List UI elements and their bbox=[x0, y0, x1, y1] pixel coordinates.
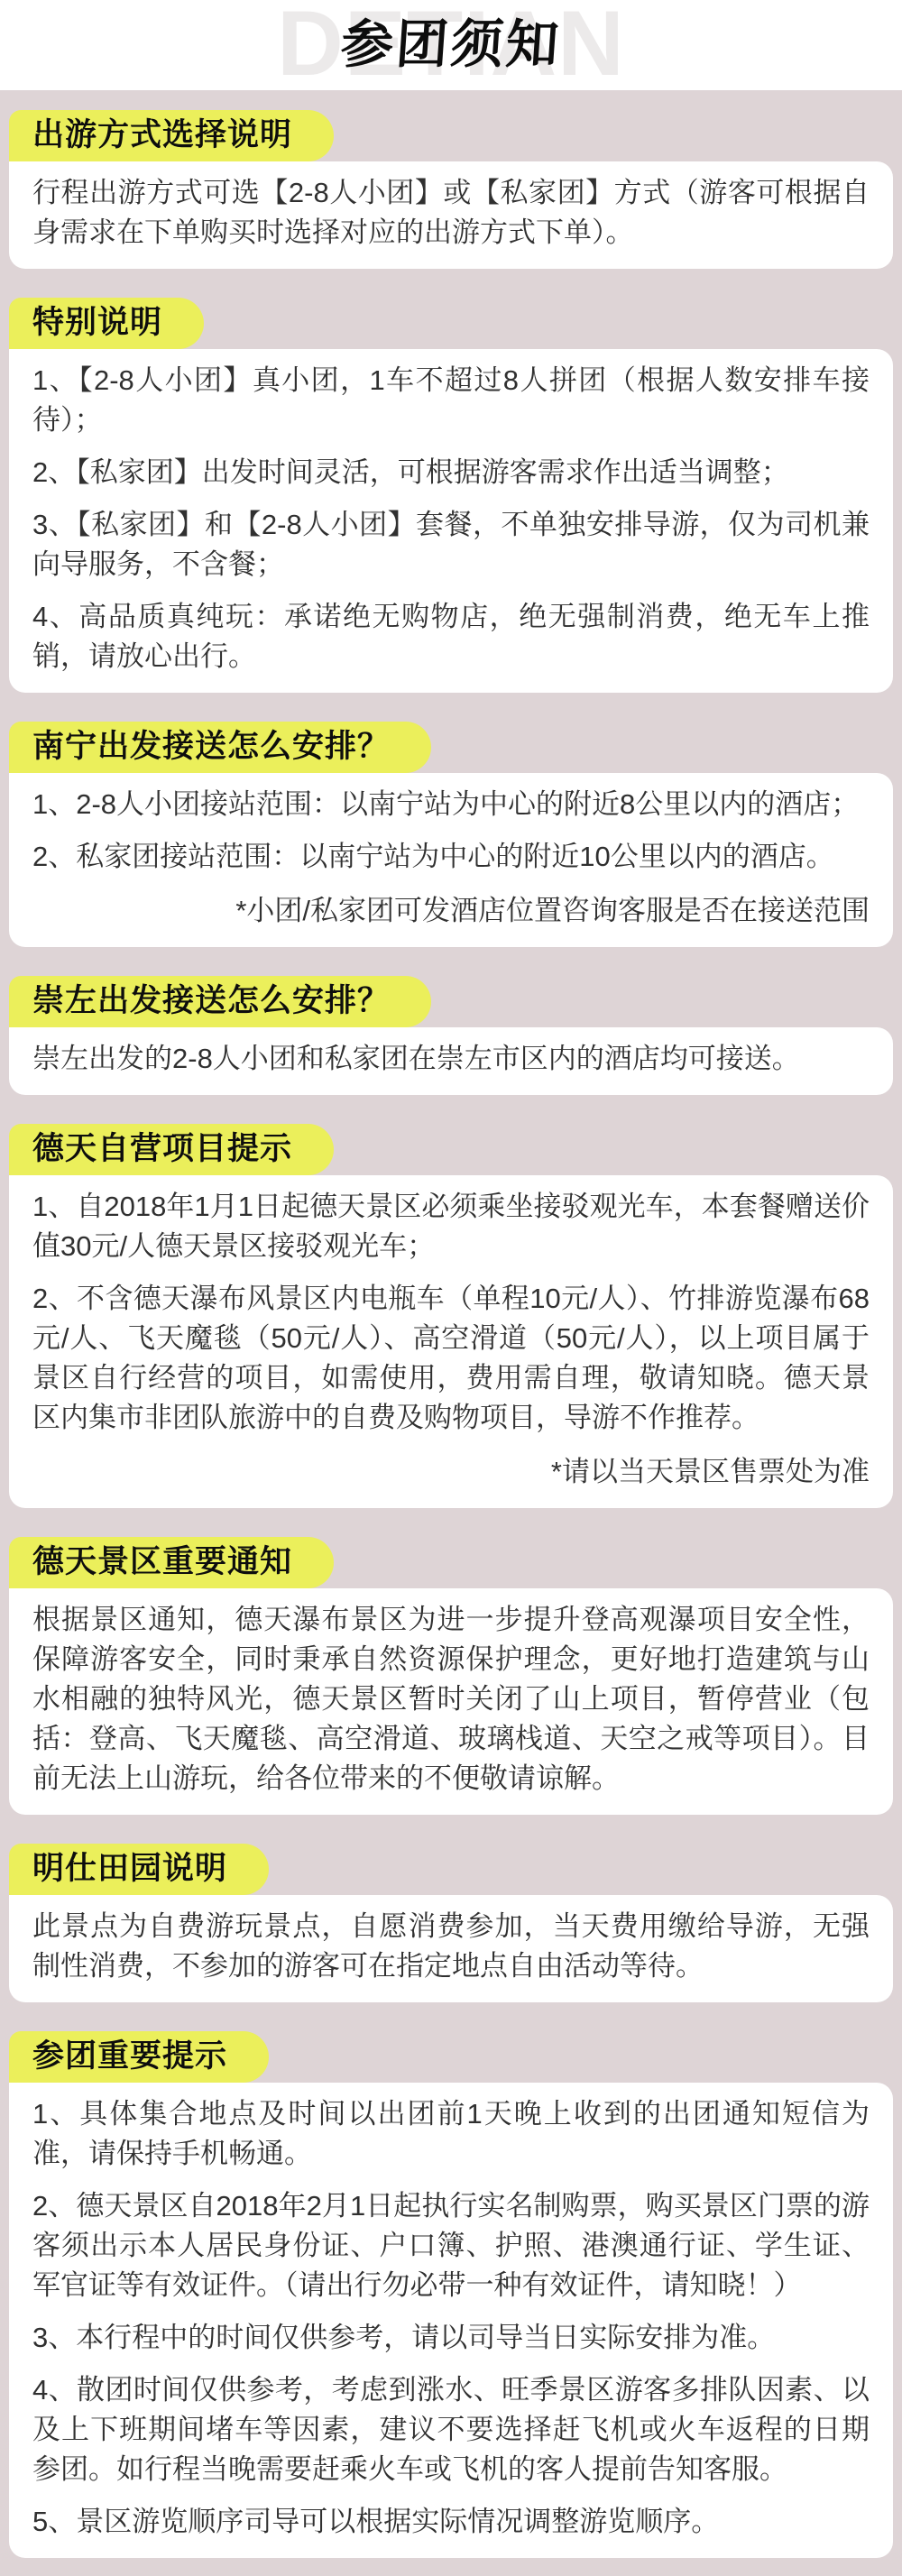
section-header-chip: 参团重要提示 bbox=[9, 2031, 269, 2083]
section-header-chip: 南宁出发接送怎么安排？ bbox=[9, 722, 431, 773]
section-card: 1、自2018年1月1日起德天景区必须乘坐接驳观光车，本套餐赠送价值30元/人德… bbox=[9, 1175, 893, 1508]
right-aligned-note: *小团/私家团可发酒店位置咨询客服是否在接送范围 bbox=[32, 891, 870, 931]
section-detian-self-operated-tips: 德天自营项目提示 1、自2018年1月1日起德天景区必须乘坐接驳观光车，本套餐赠… bbox=[9, 1124, 893, 1508]
tour-notice-page: DETIAN 参团须知 出游方式选择说明 行程出游方式可选【2-8人小团】或【私… bbox=[0, 0, 902, 2576]
paragraph: 根据景区通知，德天瀑布景区为进一步提升登高观瀑项目安全性，保障游客安全，同时秉承… bbox=[32, 1600, 870, 1799]
section-detian-important-notice: 德天景区重要通知 根据景区通知，德天瀑布景区为进一步提升登高观瀑项目安全性，保障… bbox=[9, 1537, 893, 1815]
section-header-chip: 特别说明 bbox=[9, 298, 204, 349]
section-card: 根据景区通知，德天瀑布景区为进一步提升登高观瀑项目安全性，保障游客安全，同时秉承… bbox=[9, 1588, 893, 1815]
paragraph: 2、德天景区自2018年2月1日起执行实名制购票，购买景区门票的游客须出示本人居… bbox=[32, 2186, 870, 2305]
paragraph: 此景点为自费游玩景点，自愿消费参加，当天费用缴给导游，无强制性消费，不参加的游客… bbox=[32, 1907, 870, 1986]
notice-sections: 出游方式选择说明 行程出游方式可选【2-8人小团】或【私家团】方式（游客可根据自… bbox=[0, 90, 902, 2576]
section-card: 崇左出发的2-8人小团和私家团在崇左市区内的酒店均可接送。 bbox=[9, 1027, 893, 1095]
section-header-chip: 出游方式选择说明 bbox=[9, 110, 334, 161]
page-title: 参团须知 bbox=[0, 0, 902, 90]
section-card: 1、2-8人小团接站范围：以南宁站为中心的附近8公里以内的酒店； 2、私家团接站… bbox=[9, 773, 893, 947]
section-header-chip: 德天景区重要通知 bbox=[9, 1537, 334, 1588]
paragraph: 1、2-8人小团接站范围：以南宁站为中心的附近8公里以内的酒店； bbox=[32, 785, 870, 824]
page-header: DETIAN 参团须知 bbox=[0, 0, 902, 90]
section-header-chip: 崇左出发接送怎么安排？ bbox=[9, 976, 431, 1027]
paragraph: 2、不含德天瀑布风景区内电瓶车（单程10元/人）、竹排游览瀑布68元/人、飞天魔… bbox=[32, 1279, 870, 1438]
paragraph: 5、景区游览顺序司导可以根据实际情况调整游览顺序。 bbox=[32, 2502, 870, 2542]
paragraph: 1、具体集合地点及时间以出团前1天晚上收到的出团通知短信为准，请保持手机畅通。 bbox=[32, 2094, 870, 2174]
paragraph: 3、本行程中的时间仅供参考，请以司导当日实际安排为准。 bbox=[32, 2318, 870, 2358]
right-aligned-note: *请以当天景区售票处为准 bbox=[32, 1452, 870, 1492]
section-header-chip: 德天自营项目提示 bbox=[9, 1124, 334, 1175]
paragraph: 2、私家团接站范围：以南宁站为中心的附近10公里以内的酒店。 bbox=[32, 837, 870, 877]
section-special-notes: 特别说明 1、【2-8人小团】真小团，1车不超过8人拼团（根据人数安排车接待）；… bbox=[9, 298, 893, 693]
section-travel-mode-choice: 出游方式选择说明 行程出游方式可选【2-8人小团】或【私家团】方式（游客可根据自… bbox=[9, 110, 893, 269]
section-nanning-pickup: 南宁出发接送怎么安排？ 1、2-8人小团接站范围：以南宁站为中心的附近8公里以内… bbox=[9, 722, 893, 947]
section-group-tour-important-tips: 参团重要提示 1、具体集合地点及时间以出团前1天晚上收到的出团通知短信为准，请保… bbox=[9, 2031, 893, 2558]
paragraph: 4、高品质真纯玩：承诺绝无购物店，绝无强制消费，绝无车上推销，请放心出行。 bbox=[32, 597, 870, 676]
section-chongzuo-pickup: 崇左出发接送怎么安排？ 崇左出发的2-8人小团和私家团在崇左市区内的酒店均可接送… bbox=[9, 976, 893, 1095]
section-mingshi-countryside-note: 明仕田园说明 此景点为自费游玩景点，自愿消费参加，当天费用缴给导游，无强制性消费… bbox=[9, 1844, 893, 2002]
paragraph: 崇左出发的2-8人小团和私家团在崇左市区内的酒店均可接送。 bbox=[32, 1039, 870, 1079]
section-card: 1、【2-8人小团】真小团，1车不超过8人拼团（根据人数安排车接待）； 2、【私… bbox=[9, 349, 893, 693]
paragraph: 4、散团时间仅供参考，考虑到涨水、旺季景区游客多排队因素、以及上下班期间堵车等因… bbox=[32, 2370, 870, 2489]
section-card: 1、具体集合地点及时间以出团前1天晚上收到的出团通知短信为准，请保持手机畅通。 … bbox=[9, 2083, 893, 2558]
paragraph: 行程出游方式可选【2-8人小团】或【私家团】方式（游客可根据自身需求在下单购买时… bbox=[32, 173, 870, 253]
section-card: 此景点为自费游玩景点，自愿消费参加，当天费用缴给导游，无强制性消费，不参加的游客… bbox=[9, 1895, 893, 2002]
paragraph: 1、自2018年1月1日起德天景区必须乘坐接驳观光车，本套餐赠送价值30元/人德… bbox=[32, 1187, 870, 1266]
section-header-chip: 明仕田园说明 bbox=[9, 1844, 269, 1895]
paragraph: 2、【私家团】出发时间灵活，可根据游客需求作出适当调整； bbox=[32, 453, 870, 492]
section-card: 行程出游方式可选【2-8人小团】或【私家团】方式（游客可根据自身需求在下单购买时… bbox=[9, 161, 893, 269]
paragraph: 3、【私家团】和【2-8人小团】套餐，不单独安排导游，仅为司机兼向导服务，不含餐… bbox=[32, 505, 870, 584]
paragraph: 1、【2-8人小团】真小团，1车不超过8人拼团（根据人数安排车接待）； bbox=[32, 361, 870, 440]
